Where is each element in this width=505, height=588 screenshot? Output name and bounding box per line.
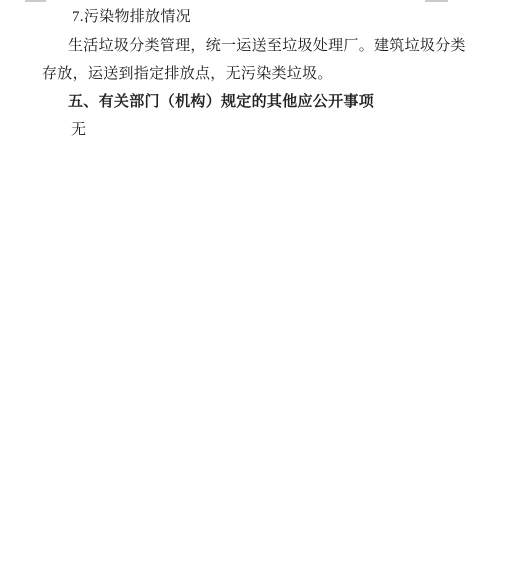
page-edge-artifact-left (25, 0, 46, 2)
page-edge-artifact-right (425, 0, 448, 2)
section-5-heading: 五、有关部门（机构）规定的其他应公开事项 (68, 93, 374, 111)
paragraph-line-2: 存放，运送到指定排放点，无污染类垃圾。 (42, 65, 333, 83)
paragraph-line-1: 生活垃圾分类管理，统一运送至垃圾处理厂。建筑垃圾分类 (68, 37, 466, 55)
section-5-content: 无 (71, 121, 86, 139)
document-page: 7.污染物排放情况 生活垃圾分类管理，统一运送至垃圾处理厂。建筑垃圾分类 存放，… (0, 0, 505, 588)
section-7-heading: 7.污染物排放情况 (72, 8, 191, 26)
